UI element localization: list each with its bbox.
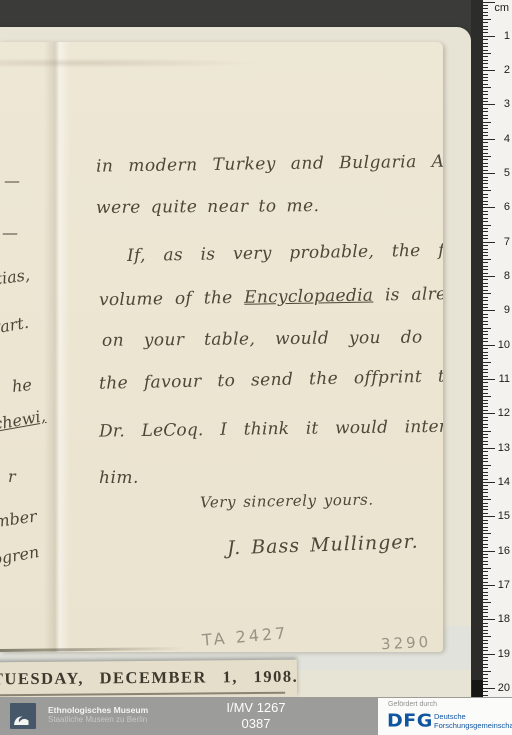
ruler-tick bbox=[483, 242, 495, 243]
ruler-tick bbox=[483, 681, 488, 682]
ruler-tick bbox=[483, 163, 488, 164]
ruler-tick bbox=[483, 664, 488, 665]
ruler-tick bbox=[483, 427, 488, 428]
ruler-number: 8 bbox=[504, 270, 510, 282]
ruler-tick bbox=[483, 582, 488, 583]
ruler-tick bbox=[483, 578, 488, 579]
handwriting-line: volume of the Encyclopaedia is already bbox=[99, 284, 443, 311]
ruler-tick bbox=[483, 358, 488, 359]
ruler-tick bbox=[483, 70, 495, 71]
ruler-tick bbox=[483, 557, 488, 558]
ruler-tick bbox=[483, 365, 488, 366]
ruler-tick bbox=[483, 328, 491, 329]
ruler-tick bbox=[483, 166, 488, 167]
ruler-tick bbox=[483, 211, 488, 212]
ruler-tick bbox=[483, 482, 495, 483]
ruler-tick bbox=[483, 410, 488, 411]
footer-bar: Ethnologisches Museum Staatliche Museen … bbox=[0, 697, 512, 735]
ruler-tick bbox=[483, 180, 488, 181]
ruler-tick bbox=[483, 540, 488, 541]
ruler-tick bbox=[483, 135, 488, 136]
ruler-tick bbox=[483, 156, 491, 157]
ruler-tick bbox=[483, 43, 488, 44]
ruler-tick bbox=[483, 228, 488, 229]
ruler-tick bbox=[483, 53, 491, 54]
left-page-fragment: — bbox=[2, 223, 18, 242]
ruler-tick bbox=[483, 77, 488, 78]
ruler-number: 6 bbox=[504, 201, 510, 213]
newspaper-date-clipping: TUESDAY, DECEMBER 1, 1908. bbox=[0, 660, 297, 700]
ruler-tick bbox=[483, 485, 488, 486]
ruler-tick bbox=[483, 101, 488, 102]
ruler-tick bbox=[483, 585, 495, 586]
inventory-number: I/MV 1267 bbox=[176, 700, 336, 716]
ruler-tick bbox=[483, 636, 491, 637]
ruler-tick bbox=[483, 376, 488, 377]
ruler-tick bbox=[483, 269, 488, 270]
ruler-tick bbox=[483, 489, 488, 490]
ruler-tick bbox=[483, 678, 488, 679]
ruler-tick bbox=[483, 255, 488, 256]
ruler-tick bbox=[483, 218, 488, 219]
ruler-tick bbox=[483, 400, 488, 401]
line-segment: is already bbox=[373, 284, 443, 306]
ruler-tick bbox=[483, 194, 488, 195]
ruler-tick bbox=[483, 640, 488, 641]
ruler-tick bbox=[483, 588, 488, 589]
ruler-tick bbox=[483, 695, 488, 696]
ruler-tick bbox=[483, 691, 488, 692]
ruler-tick bbox=[483, 626, 488, 627]
ruler-number: 5 bbox=[504, 167, 510, 179]
ruler-number: 17 bbox=[498, 579, 510, 591]
ruler-tick bbox=[483, 441, 488, 442]
museum-name: Ethnologisches Museum bbox=[48, 705, 148, 715]
ruler-tick bbox=[483, 671, 491, 672]
ruler-tick bbox=[483, 647, 488, 648]
ruler-tick bbox=[483, 132, 488, 133]
letter-page: — — atias, Part. he ichewi, r umber ogre… bbox=[0, 42, 443, 652]
ruler-tick bbox=[483, 94, 488, 95]
ruler: cm 1234567891011121314151617181920 bbox=[483, 0, 512, 697]
ruler-tick bbox=[483, 393, 488, 394]
ruler-tick bbox=[483, 317, 488, 318]
ruler-tick bbox=[483, 146, 488, 147]
ruler-tick bbox=[483, 544, 488, 545]
ruler-tick bbox=[483, 197, 488, 198]
ruler-tick bbox=[483, 592, 488, 593]
ruler-tick bbox=[483, 5, 488, 6]
ruler-tick bbox=[483, 29, 488, 30]
ruler-tick bbox=[483, 352, 488, 353]
sheet-number: 0387 bbox=[176, 716, 336, 731]
scanned-letter-page: — — atias, Part. he ichewi, r umber ogre… bbox=[0, 0, 512, 735]
ruler-tick bbox=[483, 118, 488, 119]
handwriting-line: Dr. LeCoq. I think it would interest bbox=[99, 416, 443, 441]
dfg-name: Deutsche Forschungsgemeinschaft bbox=[434, 712, 512, 730]
ruler-tick bbox=[483, 568, 491, 569]
ruler-tick bbox=[483, 300, 488, 301]
ruler-tick bbox=[483, 530, 488, 531]
ruler-tick bbox=[483, 509, 488, 510]
ruler-tick bbox=[483, 207, 495, 208]
ruler-number: 9 bbox=[504, 304, 510, 316]
ruler-tick bbox=[483, 56, 488, 57]
ruler-tick bbox=[483, 108, 488, 109]
ruler-tick bbox=[483, 87, 491, 88]
ruler-tick bbox=[483, 413, 495, 414]
ruler-tick bbox=[483, 80, 488, 81]
ruler-unit-label: cm bbox=[494, 2, 509, 14]
ruler-tick bbox=[483, 623, 488, 624]
ruler-tick bbox=[483, 297, 488, 298]
ruler-number: 20 bbox=[498, 682, 510, 694]
dfg-funding-box: Gefördert durch DFG Deutsche Forschungsg… bbox=[378, 698, 512, 735]
ruler-tick bbox=[483, 310, 495, 311]
ruler-tick bbox=[483, 290, 488, 291]
ruler-tick bbox=[483, 537, 488, 538]
left-page-fragment: ogren bbox=[0, 542, 41, 569]
ruler-tick bbox=[483, 341, 488, 342]
ruler-tick bbox=[483, 444, 488, 445]
ruler-tick bbox=[483, 63, 488, 64]
ruler-tick bbox=[483, 32, 488, 33]
ruler-tick bbox=[483, 170, 488, 171]
ruler-tick bbox=[483, 276, 495, 277]
line-segment: volume of the bbox=[99, 288, 245, 311]
scan-gap bbox=[471, 0, 483, 697]
ruler-tick bbox=[483, 12, 488, 13]
ruler-tick bbox=[483, 506, 488, 507]
ruler-tick bbox=[483, 396, 491, 397]
inventory-numbers: I/MV 1267 0387 bbox=[176, 700, 336, 731]
ruler-tick bbox=[483, 159, 488, 160]
ruler-tick bbox=[483, 571, 488, 572]
ruler-tick bbox=[483, 688, 495, 689]
ruler-tick bbox=[483, 19, 491, 20]
left-page-fragment: umber bbox=[0, 506, 38, 532]
ruler-tick bbox=[483, 369, 488, 370]
ruler-tick bbox=[483, 173, 495, 174]
ruler-number: 15 bbox=[498, 510, 510, 522]
ruler-tick bbox=[483, 595, 488, 596]
ruler-tick bbox=[483, 36, 495, 37]
ruler-tick bbox=[483, 249, 488, 250]
ruler-tick bbox=[483, 262, 488, 263]
ruler-tick bbox=[483, 177, 488, 178]
ruler-tick bbox=[483, 128, 488, 129]
ruler-tick bbox=[483, 455, 488, 456]
dfg-name-line1: Deutsche bbox=[434, 712, 512, 721]
handwriting-line: were quite near to me. bbox=[96, 196, 320, 218]
ruler-tick bbox=[483, 674, 488, 675]
ruler-tick bbox=[483, 67, 488, 68]
ruler-tick bbox=[483, 492, 488, 493]
funding-label: Gefördert durch bbox=[388, 701, 437, 708]
ruler-tick bbox=[483, 513, 488, 514]
dfg-logo: DFG bbox=[387, 711, 433, 731]
ruler-tick bbox=[483, 609, 488, 610]
ruler-tick bbox=[483, 111, 488, 112]
ruler-tick bbox=[483, 321, 488, 322]
handwriting-line: on your table, would you do me bbox=[102, 327, 443, 351]
ruler-tick bbox=[483, 22, 488, 23]
ruler-number: 19 bbox=[498, 648, 510, 660]
ruler-tick bbox=[483, 139, 495, 140]
closing-line: Very sincerely yours. bbox=[200, 490, 374, 511]
ruler-number: 16 bbox=[498, 545, 510, 557]
ruler-tick bbox=[483, 554, 488, 555]
ruler-tick bbox=[483, 235, 488, 236]
ruler-tick bbox=[483, 599, 488, 600]
ruler-tick bbox=[483, 142, 488, 143]
ruler-number: 18 bbox=[498, 613, 510, 625]
ruler-tick bbox=[483, 461, 488, 462]
ruler-tick bbox=[483, 684, 488, 685]
ruler-tick bbox=[483, 204, 488, 205]
ruler-tick bbox=[483, 266, 488, 267]
ruler-tick bbox=[483, 575, 488, 576]
ruler-tick bbox=[483, 98, 488, 99]
ruler-tick bbox=[483, 273, 488, 274]
clipping-rule-line bbox=[0, 692, 285, 697]
ruler-tick bbox=[483, 8, 488, 9]
ruler-tick bbox=[483, 104, 495, 105]
ruler-tick bbox=[483, 286, 488, 287]
ruler-tick bbox=[483, 551, 495, 552]
left-page-fragment: — bbox=[4, 171, 20, 190]
ruler-tick bbox=[483, 279, 488, 280]
museum-wave-logo-icon bbox=[10, 703, 36, 729]
ruler-number: 14 bbox=[498, 476, 510, 488]
pencil-number-note: 3290 bbox=[381, 633, 432, 652]
handwriting-line: in modern Turkey and Bulgaria And bbox=[96, 151, 443, 176]
ruler-tick bbox=[483, 379, 495, 380]
ruler-tick bbox=[483, 338, 488, 339]
paper-crease bbox=[0, 58, 260, 68]
ruler-tick bbox=[483, 406, 488, 407]
ruler-tick bbox=[483, 293, 491, 294]
page-bottom-shadow bbox=[0, 647, 185, 652]
handwriting-line: him. bbox=[99, 468, 139, 488]
ruler-tick bbox=[483, 468, 488, 469]
ruler-tick bbox=[483, 362, 491, 363]
ruler-tick bbox=[483, 503, 488, 504]
ruler-tick bbox=[483, 231, 488, 232]
ruler-tick bbox=[483, 602, 491, 603]
ruler-tick bbox=[483, 654, 495, 655]
left-page-fragment: Part. bbox=[0, 313, 30, 338]
ruler-tick bbox=[483, 420, 488, 421]
left-page-fragment: r bbox=[8, 467, 16, 486]
ruler-tick bbox=[483, 403, 488, 404]
ruler-tick bbox=[483, 245, 488, 246]
left-page-fragment: ichewi, bbox=[0, 406, 47, 435]
ruler-tick bbox=[483, 74, 488, 75]
ruler-tick bbox=[483, 304, 488, 305]
ruler-tick bbox=[483, 115, 488, 116]
ruler-tick bbox=[483, 533, 491, 534]
ruler-tick bbox=[483, 334, 488, 335]
underlined-word: Encyclopaedia bbox=[244, 286, 373, 308]
ruler-tick bbox=[483, 283, 488, 284]
ruler-tick bbox=[483, 520, 488, 521]
ruler-tick bbox=[483, 26, 488, 27]
ruler-tick bbox=[483, 499, 491, 500]
ruler-tick bbox=[483, 225, 491, 226]
signature: J. Bass Mullinger. bbox=[227, 531, 419, 560]
ruler-tick bbox=[483, 214, 488, 215]
ruler-number: 2 bbox=[504, 64, 510, 76]
ruler-tick bbox=[483, 619, 495, 620]
ruler-tick bbox=[483, 46, 488, 47]
ruler-tick bbox=[483, 434, 488, 435]
ruler-tick bbox=[483, 201, 488, 202]
ruler-tick bbox=[483, 660, 488, 661]
ruler-tick bbox=[483, 643, 488, 644]
ruler-tick bbox=[483, 149, 488, 150]
ruler-tick bbox=[483, 606, 488, 607]
ruler-tick bbox=[483, 389, 488, 390]
museum-identity: Ethnologisches Museum Staatliche Museen … bbox=[48, 705, 148, 725]
ruler-number: 10 bbox=[498, 339, 510, 351]
ruler-tick bbox=[483, 437, 488, 438]
ruler-tick bbox=[483, 465, 491, 466]
museum-subtitle: Staatliche Museen zu Berlin bbox=[48, 715, 148, 725]
ruler-tick bbox=[483, 60, 488, 61]
ruler-tick bbox=[483, 547, 488, 548]
ruler-number: 12 bbox=[498, 407, 510, 419]
ruler-tick bbox=[483, 561, 488, 562]
ruler-tick bbox=[483, 475, 488, 476]
ruler-tick bbox=[483, 238, 488, 239]
ruler-tick bbox=[483, 667, 488, 668]
ruler-tick bbox=[483, 122, 491, 123]
ruler-tick bbox=[483, 187, 488, 188]
ruler-tick bbox=[483, 221, 488, 222]
ruler-tick bbox=[483, 84, 488, 85]
ruler-tick bbox=[483, 348, 488, 349]
ruler-number: 11 bbox=[499, 373, 510, 385]
ruler-tick bbox=[483, 612, 488, 613]
ruler-tick bbox=[483, 183, 488, 184]
ruler-number: 4 bbox=[504, 133, 510, 145]
ruler-tick bbox=[483, 314, 488, 315]
ruler-tick bbox=[483, 153, 488, 154]
ruler-tick bbox=[483, 630, 488, 631]
ruler-tick bbox=[483, 2, 495, 3]
ruler-number: 3 bbox=[504, 98, 510, 110]
ruler-tick bbox=[483, 657, 488, 658]
ruler-tick bbox=[483, 190, 491, 191]
ruler-tick bbox=[483, 431, 491, 432]
ruler-tick bbox=[483, 345, 495, 346]
ruler-number: 1 bbox=[504, 30, 510, 42]
ruler-tick bbox=[483, 650, 488, 651]
ruler-tick bbox=[483, 307, 488, 308]
ruler-tick bbox=[483, 355, 488, 356]
ruler-tick bbox=[483, 516, 495, 517]
ruler-tick bbox=[483, 50, 488, 51]
clipping-date-text: TUESDAY, DECEMBER 1, 1908. bbox=[0, 667, 298, 690]
ruler-tick bbox=[483, 458, 488, 459]
ruler-tick bbox=[483, 252, 488, 253]
pencil-inventory-note: TA 2427 bbox=[201, 623, 289, 649]
ruler-tick bbox=[483, 259, 491, 260]
ruler-tick bbox=[483, 417, 488, 418]
ruler-tick bbox=[483, 125, 488, 126]
ruler-tick bbox=[483, 372, 488, 373]
ruler-tick bbox=[483, 91, 488, 92]
ruler-number: 7 bbox=[504, 236, 510, 248]
ruler-tick bbox=[483, 616, 488, 617]
dfg-name-line2: Forschungsgemeinschaft bbox=[434, 721, 512, 730]
handwriting-line: the favour to send the offprint to bbox=[99, 366, 443, 393]
ruler-tick bbox=[483, 386, 488, 387]
ruler-tick bbox=[483, 564, 488, 565]
ruler-tick bbox=[483, 331, 488, 332]
ruler-tick bbox=[483, 39, 488, 40]
ruler-tick bbox=[483, 324, 488, 325]
left-page-fragment: atias, bbox=[0, 265, 31, 290]
handwriting-line: If, as is very probable, the first bbox=[127, 240, 443, 266]
page-fold bbox=[44, 42, 70, 652]
ruler-tick bbox=[483, 496, 488, 497]
ruler-tick bbox=[483, 15, 488, 16]
ruler-tick bbox=[483, 633, 488, 634]
ruler-number: 13 bbox=[498, 442, 510, 454]
ruler-tick bbox=[483, 479, 488, 480]
ruler-tick bbox=[483, 448, 495, 449]
ruler-tick bbox=[483, 382, 488, 383]
ruler-tick bbox=[483, 451, 488, 452]
ruler-tick bbox=[483, 523, 488, 524]
left-page-fragment: he bbox=[11, 375, 33, 396]
ruler-tick bbox=[483, 527, 488, 528]
ruler-tick bbox=[483, 472, 488, 473]
ruler-tick bbox=[483, 424, 488, 425]
